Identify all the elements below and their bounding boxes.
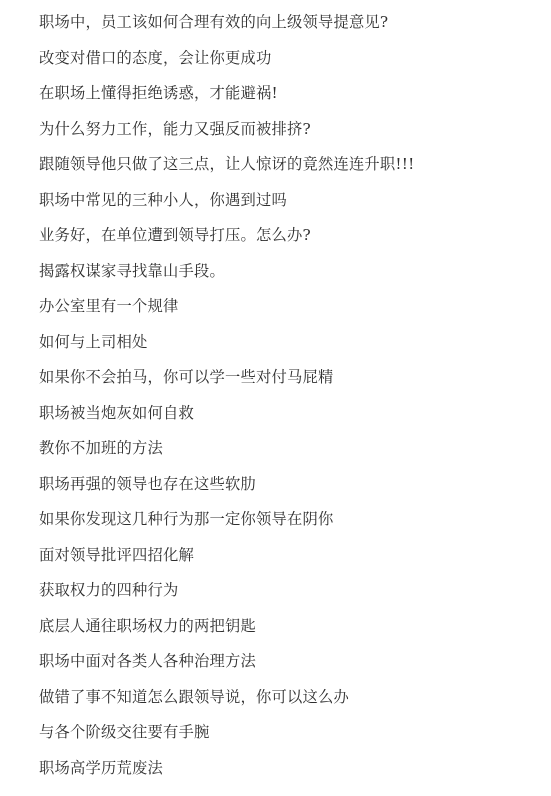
title-line: 职场高学历荒废法: [39, 751, 543, 787]
title-line: 获取权力的四种行为: [39, 573, 543, 609]
title-line: 揭露权谋家寻找靠山手段。: [39, 254, 543, 290]
title-line: 底层人通往职场权力的两把钥匙: [39, 609, 543, 645]
title-line: 职场中，员工该如何合理有效的向上级领导提意见?: [39, 5, 543, 41]
article-title-list: 职场中，员工该如何合理有效的向上级领导提意见? 改变对借口的态度，会让你更成功 …: [0, 0, 551, 786]
title-line: 在职场上懂得拒绝诱惑，才能避祸!: [39, 76, 543, 112]
title-line: 职场中面对各类人各种治理方法: [39, 644, 543, 680]
title-line: 为什么努力工作，能力又强反而被排挤?: [39, 112, 543, 148]
title-line: 职场再强的领导也存在这些软肋: [39, 467, 543, 503]
title-line: 与各个阶级交往要有手腕: [39, 715, 543, 751]
title-line: 业务好，在单位遭到领导打压。怎么办?: [39, 218, 543, 254]
title-line: 如果你不会拍马，你可以学一些对付马屁精: [39, 360, 543, 396]
title-line: 如果你发现这几种行为那一定你领导在阴你: [39, 502, 543, 538]
title-line: 教你不加班的方法: [39, 431, 543, 467]
title-line: 职场中常见的三种小人，你遇到过吗: [39, 183, 543, 219]
title-line: 跟随领导他只做了这三点，让人惊讶的竟然连连升职!!!: [39, 147, 543, 183]
title-line: 职场被当炮灰如何自救: [39, 396, 543, 432]
title-line: 面对领导批评四招化解: [39, 538, 543, 574]
title-line: 如何与上司相处: [39, 325, 543, 361]
title-line: 做错了事不知道怎么跟领导说，你可以这么办: [39, 680, 543, 716]
title-line: 办公室里有一个规律: [39, 289, 543, 325]
title-line: 改变对借口的态度，会让你更成功: [39, 41, 543, 77]
